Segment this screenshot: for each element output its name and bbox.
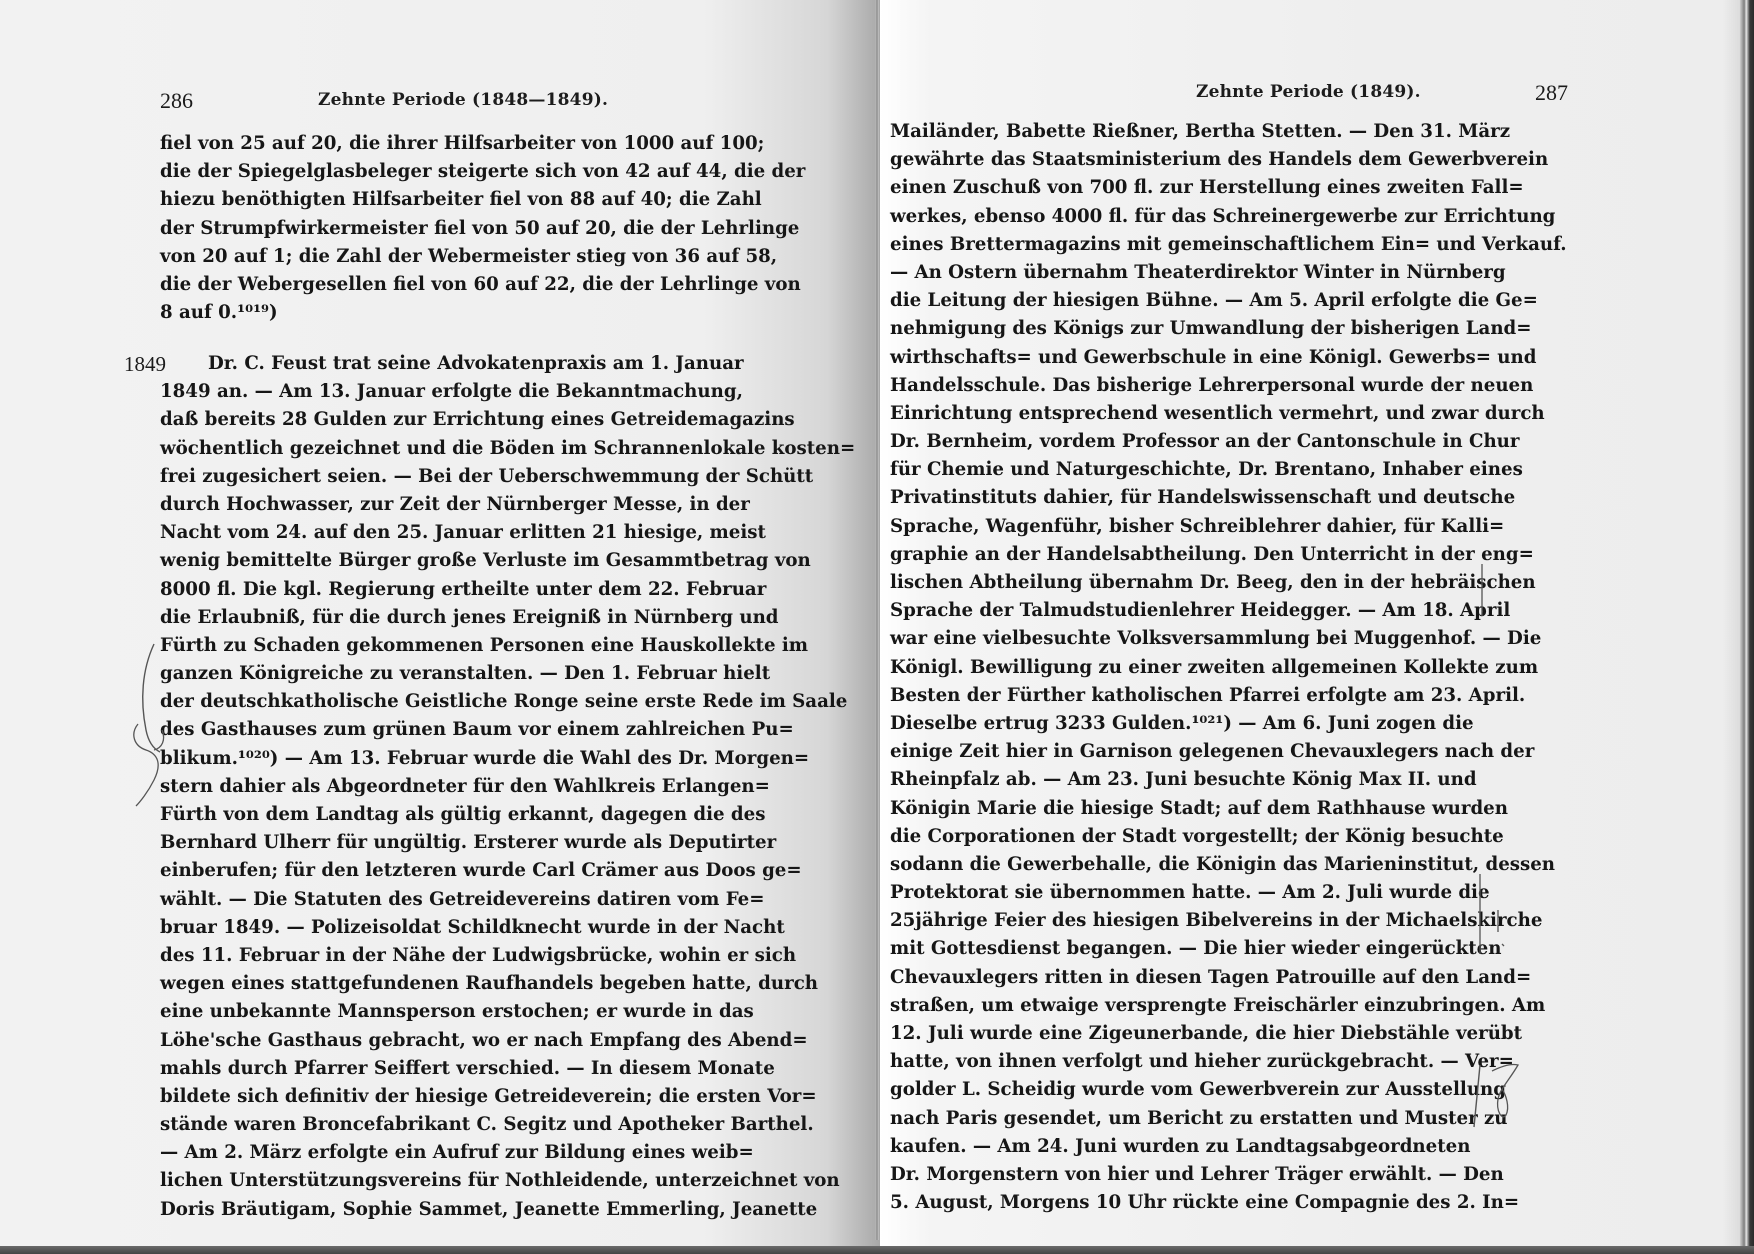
text-line: straßen, um etwaige versprengte Freischä… <box>890 992 1470 1020</box>
text-line: Bernhard Ulherr für ungültig. Ersterer w… <box>160 829 736 857</box>
text-line: — An Ostern übernahm Theaterdirektor Win… <box>890 259 1470 287</box>
text-line: Löhe'sche Gasthaus gebracht, wo er nach … <box>160 1027 736 1055</box>
text-line: stern dahier als Abgeordneter für den Wa… <box>160 773 736 801</box>
right-paragraph: Mailänder, Babette Rießner, Bertha Stett… <box>890 118 1470 1217</box>
text-line: golder L. Scheidig wurde vom Gewerbverei… <box>890 1076 1470 1104</box>
text-line: Dr. Bernheim, vordem Professor an der Ca… <box>890 428 1470 456</box>
left-running-title: Zehnte Periode (1848—1849). <box>318 90 608 110</box>
text-line: eines Brettermagazins mit gemeinschaftli… <box>890 231 1470 259</box>
text-line: 1849 an. — Am 13. Januar erfolgte die Be… <box>160 378 736 406</box>
text-line: Dr. C. Feust trat seine Advokatenpraxis … <box>160 350 736 378</box>
text-line: Fürth von dem Landtag als gültig erkannt… <box>160 801 736 829</box>
text-line: Besten der Fürther katholischen Pfarrei … <box>890 682 1470 710</box>
text-line: nach Paris gesendet, um Bericht zu ersta… <box>890 1105 1470 1133</box>
text-line: Doris Bräutigam, Sophie Sammet, Jeanette… <box>160 1196 736 1224</box>
text-line: des Gasthauses zum grünen Baum vor einem… <box>160 716 736 744</box>
text-line: wegen eines stattgefundenen Raufhandels … <box>160 970 736 998</box>
text-line: bruar 1849. — Polizeisoldat Schildknecht… <box>160 914 736 942</box>
left-running-head: 286 Zehnte Periode (1848—1849). <box>160 88 760 114</box>
text-line: eine unbekannte Mannsperson erstochen; e… <box>160 998 736 1026</box>
text-line: kaufen. — Am 24. Juni wurden zu Landtags… <box>890 1133 1470 1161</box>
text-line: Rheinpfalz ab. — Am 23. Juni besuchte Kö… <box>890 766 1470 794</box>
scanner-bottom-shadow <box>0 1246 1754 1254</box>
left-paragraph-1: fiel von 25 auf 20, die ihrer Hilfsarbei… <box>160 130 736 327</box>
text-line: ganzen Königreiche zu veranstalten. — De… <box>160 660 736 688</box>
text-line: Königl. Bewilligung zu einer zweiten all… <box>890 654 1470 682</box>
text-line: 12. Juli wurde eine Zigeunerbande, die h… <box>890 1020 1470 1048</box>
text-line: die Erlaubniß, für die durch jenes Ereig… <box>160 604 736 632</box>
text-line: Mailänder, Babette Rießner, Bertha Stett… <box>890 118 1470 146</box>
text-line: Sprache, Wagenführ, bisher Schreiblehrer… <box>890 513 1470 541</box>
text-line: Nacht vom 24. auf den 25. Januar erlitte… <box>160 519 736 547</box>
text-line: Privatinstituts dahier, für Handelswisse… <box>890 484 1470 512</box>
text-line: für Chemie und Naturgeschichte, Dr. Bren… <box>890 456 1470 484</box>
text-line: Königin Marie die hiesige Stadt; auf dem… <box>890 795 1470 823</box>
left-paragraph-2: Dr. C. Feust trat seine Advokatenpraxis … <box>160 350 736 1224</box>
text-line: die Leitung der hiesigen Bühne. — Am 5. … <box>890 287 1470 315</box>
text-line: wirthschafts= und Gewerbschule in eine K… <box>890 344 1470 372</box>
text-line: lischen Abtheilung übernahm Dr. Beeg, de… <box>890 569 1470 597</box>
book-scan: 286 Zehnte Periode (1848—1849). fiel von… <box>0 0 1754 1254</box>
text-line: Sprache der Talmudstudienlehrer Heidegge… <box>890 597 1470 625</box>
text-line: einberufen; für den letzteren wurde Carl… <box>160 857 736 885</box>
text-line: die der Webergesellen fiel von 60 auf 22… <box>160 271 736 299</box>
text-line: Dr. Morgenstern von hier und Lehrer Träg… <box>890 1161 1470 1189</box>
text-line: Einrichtung entsprechend wesentlich verm… <box>890 400 1470 428</box>
text-line: 25jährige Feier des hiesigen Bibelverein… <box>890 907 1470 935</box>
text-line: frei zugesichert seien. — Bei der Uebers… <box>160 463 736 491</box>
text-line: mit Gottesdienst begangen. — Die hier wi… <box>890 935 1470 963</box>
text-line: lichen Unterstützungsvereins für Nothlei… <box>160 1167 736 1195</box>
text-line: einen Zuschuß von 700 fl. zur Herstellun… <box>890 174 1470 202</box>
book-gutter <box>875 0 879 1240</box>
text-line: stände waren Broncefabrikant C. Segitz u… <box>160 1111 736 1139</box>
text-line: Fürth zu Schaden gekommenen Personen ein… <box>160 632 736 660</box>
right-running-title: Zehnte Periode (1849). <box>1196 82 1421 102</box>
text-line: durch Hochwasser, zur Zeit der Nürnberge… <box>160 491 736 519</box>
text-line: Chevauxlegers ritten in diesen Tagen Pat… <box>890 964 1470 992</box>
text-line: bildete sich definitiv der hiesige Getre… <box>160 1083 736 1111</box>
text-line: — Am 2. März erfolgte ein Aufruf zur Bil… <box>160 1139 736 1167</box>
text-line: der Strumpfwirkermeister fiel von 50 auf… <box>160 215 736 243</box>
text-line: 5. August, Morgens 10 Uhr rückte eine Co… <box>890 1189 1470 1217</box>
text-line: gewährte das Staatsministerium des Hande… <box>890 146 1470 174</box>
text-line: von 20 auf 1; die Zahl der Webermeister … <box>160 243 736 271</box>
right-page: Zehnte Periode (1849). 287 Mailänder, Ba… <box>880 0 1740 1248</box>
text-line: nehmigung des Königs zur Umwandlung der … <box>890 315 1470 343</box>
text-line: des 11. Februar in der Nähe der Ludwigsb… <box>160 942 736 970</box>
left-page: 286 Zehnte Periode (1848—1849). fiel von… <box>0 0 880 1248</box>
text-line: 8000 fl. Die kgl. Regierung ertheilte un… <box>160 576 736 604</box>
text-line: daß bereits 28 Gulden zur Errichtung ein… <box>160 406 736 434</box>
text-line: Dieselbe ertrug 3233 Gulden.¹⁰²¹) — Am 6… <box>890 710 1470 738</box>
text-line: 8 auf 0.¹⁰¹⁹) <box>160 299 736 327</box>
text-line: blikum.¹⁰²⁰) — Am 13. Februar wurde die … <box>160 745 736 773</box>
text-line: Protektorat sie übernommen hatte. — Am 2… <box>890 879 1470 907</box>
text-line: sodann die Gewerbehalle, die Königin das… <box>890 851 1470 879</box>
text-line: wählt. — Die Statuten des Getreideverein… <box>160 886 736 914</box>
text-line: war eine vielbesuchte Volksversammlung b… <box>890 625 1470 653</box>
left-page-number: 286 <box>160 88 193 113</box>
text-line: Handelsschule. Das bisherige Lehrerperso… <box>890 372 1470 400</box>
text-line: hatte, von ihnen verfolgt und hieher zur… <box>890 1048 1470 1076</box>
text-line: der deutschkatholische Geistliche Ronge … <box>160 688 736 716</box>
text-line: wenig bemittelte Bürger große Verluste i… <box>160 547 736 575</box>
text-line: die Corporationen der Stadt vorgestellt;… <box>890 823 1470 851</box>
text-line: die der Spiegelglasbeleger steigerte sic… <box>160 158 736 186</box>
right-page-number: 287 <box>1535 80 1568 106</box>
text-line: fiel von 25 auf 20, die ihrer Hilfsarbei… <box>160 130 736 158</box>
text-line: hiezu benöthigten Hilfsarbeiter fiel von… <box>160 186 736 214</box>
text-line: einige Zeit hier in Garnison gelegenen C… <box>890 738 1470 766</box>
text-line: wöchentlich gezeichnet und die Böden im … <box>160 435 736 463</box>
text-line: mahls durch Pfarrer Seiffert verschied. … <box>160 1055 736 1083</box>
page-edge-shadow <box>1740 0 1754 1254</box>
text-line: werkes, ebenso 4000 fl. für das Schreine… <box>890 203 1470 231</box>
text-line: graphie an der Handelsabtheilung. Den Un… <box>890 541 1470 569</box>
